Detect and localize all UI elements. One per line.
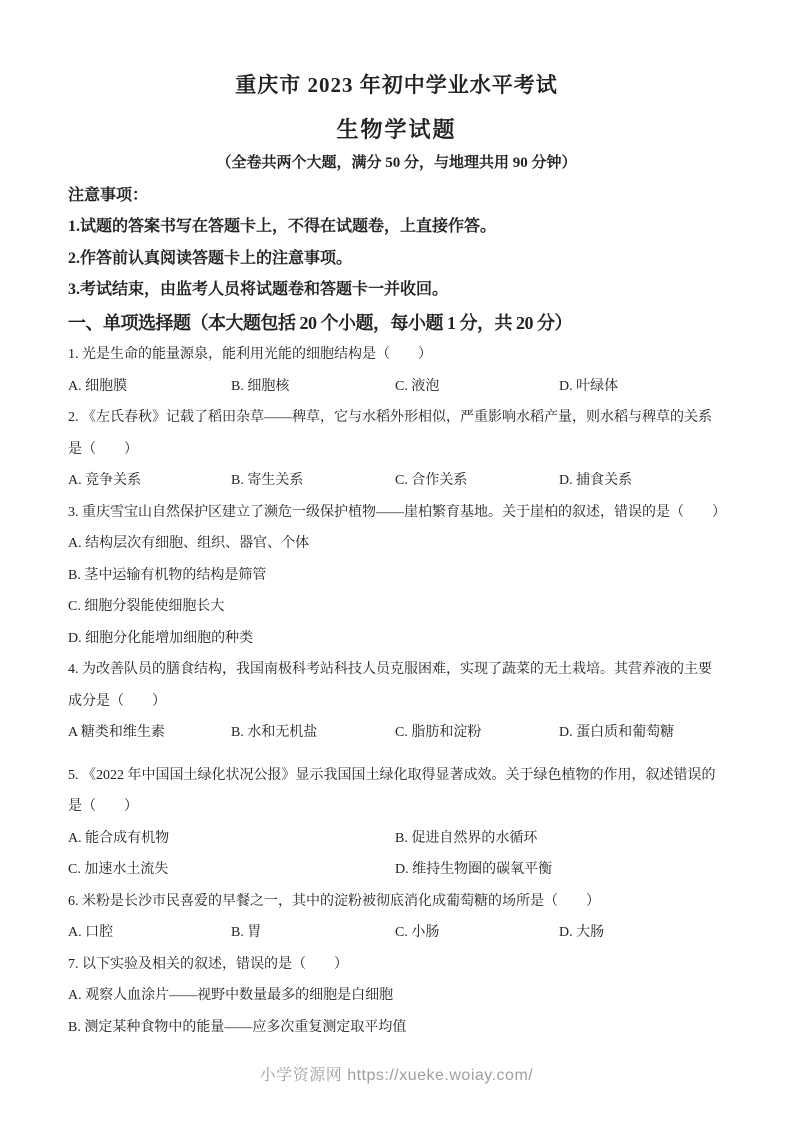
option-d: D. 捕食关系 bbox=[559, 465, 725, 497]
question-3-text: 3. 重庆雪宝山自然保护区建立了濒危一级保护植物——崖柏繁育基地。关于崖柏的叙述… bbox=[68, 497, 725, 529]
option-a: A. 结构层次有细胞、组织、器官、个体 bbox=[68, 528, 725, 560]
option-c: C. 合作关系 bbox=[395, 465, 559, 497]
question-6-text: 6. 米粉是长沙市民喜爱的早餐之一，其中的淀粉被彻底消化成葡萄糖的场所是（ ） bbox=[68, 886, 725, 918]
option-b: B. 促进自然界的水循环 bbox=[395, 823, 725, 855]
notice-item-3: 3.考试结束，由监考人员将试题卷和答题卡一并收回。 bbox=[68, 274, 725, 306]
question-3: 3. 重庆雪宝山自然保护区建立了濒危一级保护植物——崖柏繁育基地。关于崖柏的叙述… bbox=[68, 497, 725, 655]
question-5: 5. 《2022 年中国国土绿化状况公报》显示我国国土绿化取得显著成效。关于绿色… bbox=[68, 760, 725, 886]
option-c: C. 脂肪和淀粉 bbox=[395, 717, 559, 749]
section-heading: 一、单项选择题（本大题包括 20 个小题，每小题 1 分，共 20 分） bbox=[68, 308, 725, 340]
option-b: B. 水和无机盐 bbox=[231, 717, 395, 749]
notice-item-1: 1.试题的答案书写在答题卡上，不得在试题卷，上直接作答。 bbox=[68, 211, 725, 243]
option-a: A 糖类和维生素 bbox=[68, 717, 231, 749]
question-1-options: A. 细胞膜 B. 细胞核 C. 液泡 D. 叶绿体 bbox=[68, 371, 725, 403]
option-b: B. 寄生关系 bbox=[231, 465, 395, 497]
option-c: C. 细胞分裂能使细胞长大 bbox=[68, 591, 725, 623]
question-5-text: 5. 《2022 年中国国土绿化状况公报》显示我国国土绿化取得显著成效。关于绿色… bbox=[68, 760, 725, 823]
question-7-text: 7. 以下实验及相关的叙述，错误的是（ ） bbox=[68, 949, 725, 981]
option-d: D. 维持生物圈的碳氧平衡 bbox=[395, 854, 725, 886]
option-b: B. 茎中运输有机物的结构是筛管 bbox=[68, 560, 725, 592]
option-d: D. 大肠 bbox=[559, 917, 725, 949]
exam-content: 重庆市 2023 年初中学业水平考试 生物学试题 （全卷共两个大题，满分 50 … bbox=[0, 71, 793, 1043]
option-d: D. 细胞分化能增加细胞的种类 bbox=[68, 623, 725, 655]
option-a: A. 口腔 bbox=[68, 917, 231, 949]
option-d: D. 叶绿体 bbox=[559, 371, 725, 403]
option-a: A. 观察人血涂片——视野中数量最多的细胞是白细胞 bbox=[68, 980, 725, 1012]
exam-title: 重庆市 2023 年初中学业水平考试 bbox=[68, 71, 725, 99]
question-4-text: 4. 为改善队员的膳食结构，我国南极科考站科技人员克服困难，实现了蔬菜的无土栽培… bbox=[68, 654, 725, 717]
option-c: C. 液泡 bbox=[395, 371, 559, 403]
question-4: 4. 为改善队员的膳食结构，我国南极科考站科技人员克服困难，实现了蔬菜的无土栽培… bbox=[68, 654, 725, 749]
exam-subject: 生物学试题 bbox=[68, 115, 725, 145]
question-1: 1. 光是生命的能量源泉，能利用光能的细胞结构是（ ） A. 细胞膜 B. 细胞… bbox=[68, 339, 725, 402]
question-6: 6. 米粉是长沙市民喜爱的早餐之一，其中的淀粉被彻底消化成葡萄糖的场所是（ ） … bbox=[68, 886, 725, 949]
option-a: A. 竞争关系 bbox=[68, 465, 231, 497]
watermark-footer: 小学资源网 https://xueke.woiay.com/ bbox=[0, 1062, 793, 1085]
question-2-text: 2. 《左氏春秋》记载了稻田杂草——稗草，它与水稻外形相似，严重影响水稻产量，则… bbox=[68, 402, 725, 465]
question-4-options: A 糖类和维生素 B. 水和无机盐 C. 脂肪和淀粉 D. 蛋白质和葡萄糖 bbox=[68, 717, 725, 749]
option-c: C. 小肠 bbox=[395, 917, 559, 949]
exam-paper-page: 重庆市 2023 年初中学业水平考试 生物学试题 （全卷共两个大题，满分 50 … bbox=[0, 0, 793, 1122]
option-a: A. 能合成有机物 bbox=[68, 823, 395, 855]
question-5-options-row-2: C. 加速水土流失 D. 维持生物圈的碳氧平衡 bbox=[68, 854, 725, 886]
question-2-options: A. 竞争关系 B. 寄生关系 C. 合作关系 D. 捕食关系 bbox=[68, 465, 725, 497]
exam-meta: （全卷共两个大题，满分 50 分，与地理共用 90 分钟） bbox=[68, 148, 725, 180]
question-7: 7. 以下实验及相关的叙述，错误的是（ ） A. 观察人血涂片——视野中数量最多… bbox=[68, 949, 725, 1044]
option-b: B. 胃 bbox=[231, 917, 395, 949]
option-b: B. 细胞核 bbox=[231, 371, 395, 403]
question-2: 2. 《左氏春秋》记载了稻田杂草——稗草，它与水稻外形相似，严重影响水稻产量，则… bbox=[68, 402, 725, 497]
question-5-options-row-1: A. 能合成有机物 B. 促进自然界的水循环 bbox=[68, 823, 725, 855]
notice-item-2: 2.作答前认真阅读答题卡上的注意事项。 bbox=[68, 243, 725, 275]
option-a: A. 细胞膜 bbox=[68, 371, 231, 403]
option-b: B. 测定某种食物中的能量——应多次重复测定取平均值 bbox=[68, 1012, 725, 1044]
question-1-text: 1. 光是生命的能量源泉，能利用光能的细胞结构是（ ） bbox=[68, 339, 725, 371]
option-d: D. 蛋白质和葡萄糖 bbox=[559, 717, 725, 749]
notice-heading: 注意事项： bbox=[68, 180, 725, 212]
question-6-options: A. 口腔 B. 胃 C. 小肠 D. 大肠 bbox=[68, 917, 725, 949]
option-c: C. 加速水土流失 bbox=[68, 854, 395, 886]
